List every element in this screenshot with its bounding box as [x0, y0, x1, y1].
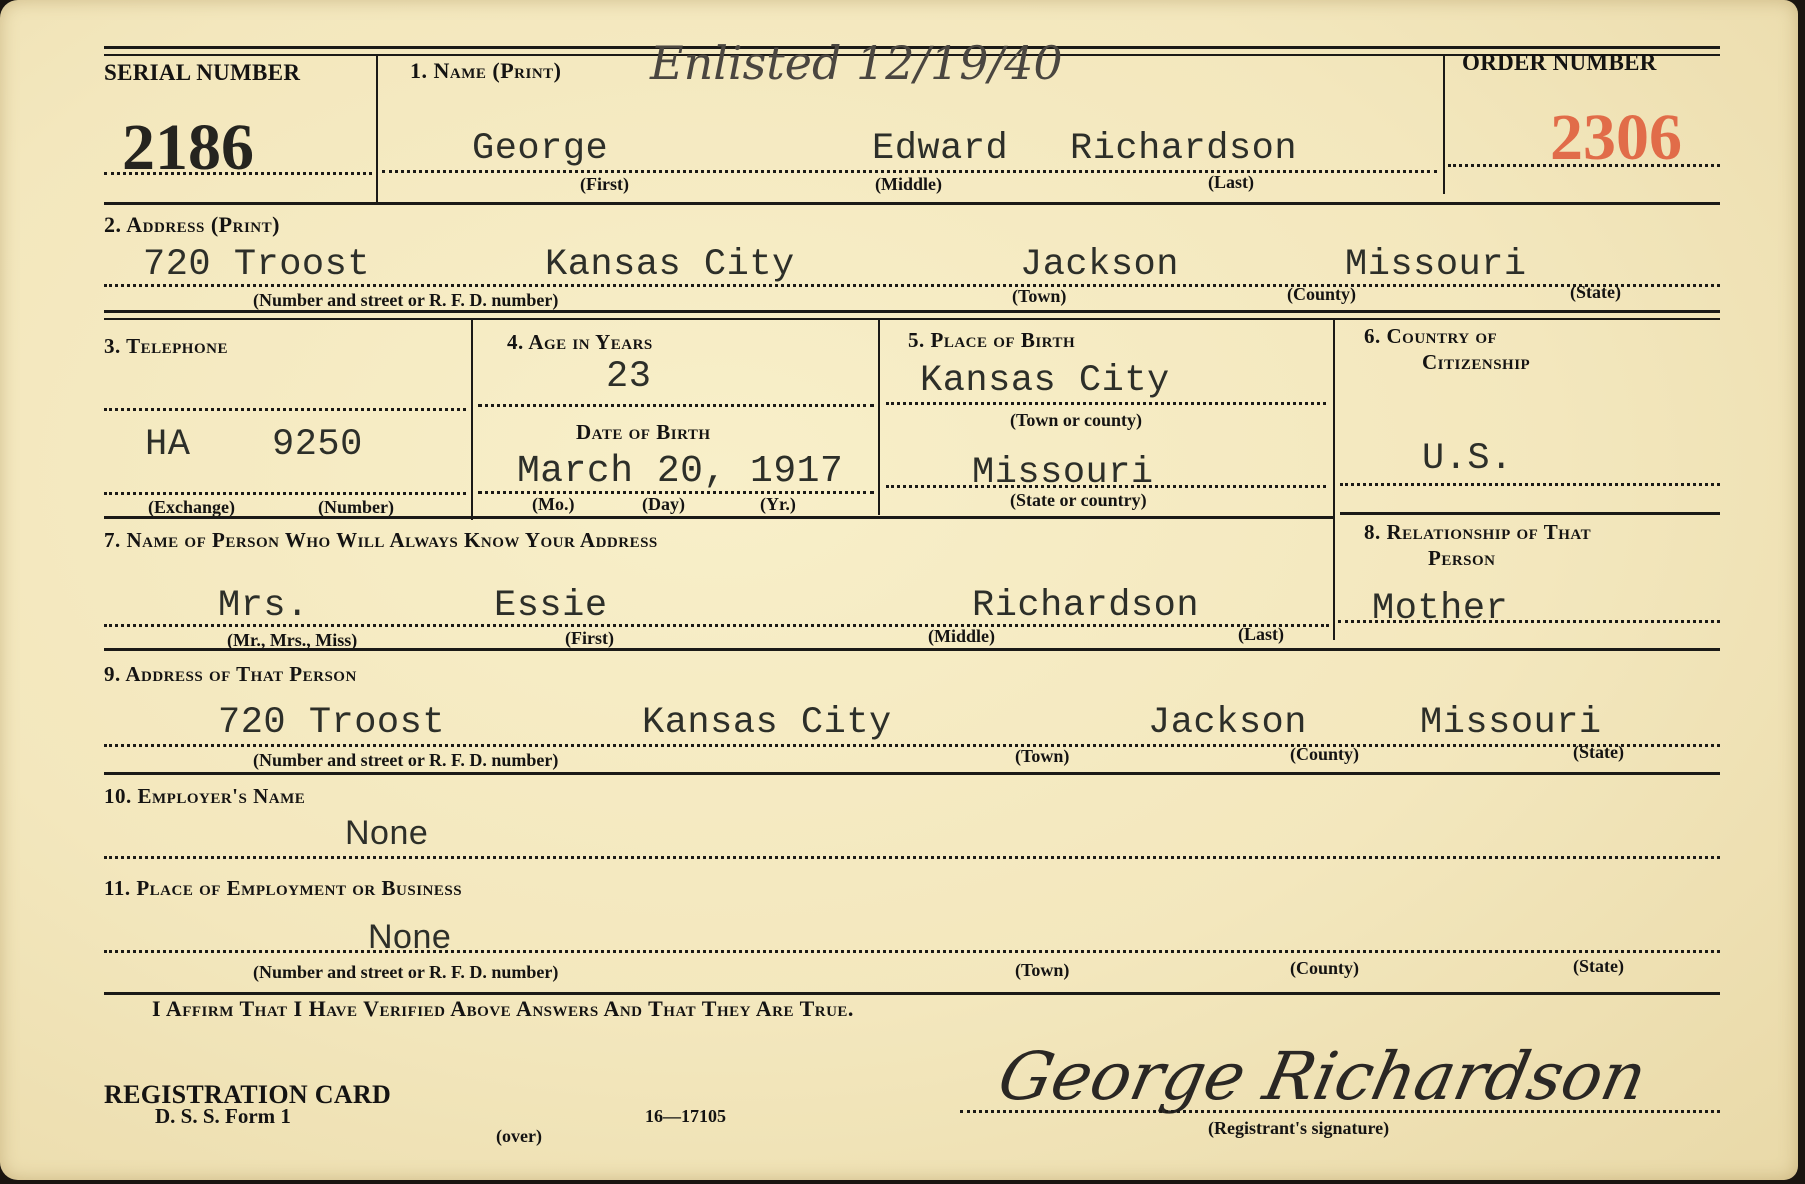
order-line [1448, 164, 1720, 167]
address-state: Missouri [1345, 244, 1527, 286]
relationship-line [1338, 620, 1720, 623]
telephone-label: 3. Telephone [104, 334, 228, 359]
relationship-label-1: 8. Relationship of That [1364, 520, 1591, 545]
caption-street: (Number and street or R. F. D. number) [253, 750, 558, 771]
dob-value: March 20, 1917 [517, 450, 843, 493]
row-rule [104, 772, 1720, 775]
telephone-number: 9250 [272, 424, 363, 466]
caption-state: (State) [1570, 282, 1621, 303]
employment-place-line [104, 950, 1720, 953]
name-middle: Edward [872, 128, 1008, 170]
signature-caption: (Registrant's signature) [1208, 1118, 1389, 1139]
name-line [382, 170, 1437, 173]
employer-line [104, 856, 1720, 859]
caption-state: (State) [1573, 742, 1624, 763]
signature-line [960, 1110, 1720, 1113]
caption-town-or-county: (Town or county) [1010, 410, 1142, 431]
citizenship-rule [1340, 512, 1720, 515]
caption-exchange: (Exchange) [148, 497, 235, 518]
caption-town: (Town) [1015, 746, 1069, 767]
row-rule [104, 992, 1720, 995]
caption-county: (County) [1287, 284, 1356, 305]
divider [1333, 320, 1335, 640]
contact-address-label: 9. Address of That Person [104, 662, 357, 687]
age-line [478, 404, 874, 407]
serial-line [104, 172, 372, 175]
caption-yr: (Yr.) [760, 494, 796, 515]
order-number-label: ORDER NUMBER [1462, 50, 1657, 76]
contact-label: 7. Name of Person Who Will Always Know Y… [104, 528, 658, 553]
age-value: 23 [606, 356, 651, 398]
caption-middle: (Middle) [875, 174, 942, 195]
contact-address-state: Missouri [1420, 702, 1602, 744]
over-note: (over) [496, 1126, 542, 1147]
employment-place-label: 11. Place of Employment or Business [104, 876, 462, 901]
name-first: George [472, 128, 608, 170]
address-town: Kansas City [545, 244, 795, 286]
caption-contact-middle: (Middle) [928, 626, 995, 647]
caption-county: (County) [1290, 744, 1359, 765]
birthplace-label: 5. Place of Birth [908, 328, 1075, 353]
divider [1443, 54, 1445, 194]
caption-town: (Town) [1015, 960, 1069, 981]
form-number: D. S. S. Form 1 [155, 1104, 291, 1129]
address-street: 720 Troost [143, 244, 370, 286]
citizenship-line [1340, 483, 1720, 486]
contact-address-line [104, 744, 1720, 747]
contact-last: Richardson [972, 585, 1199, 627]
dob-label: Date of Birth [576, 420, 711, 445]
caption-street: (Number and street or R. F. D. number) [253, 290, 558, 311]
address-county: Jackson [1020, 244, 1179, 286]
divider [878, 320, 880, 515]
telephone-exchange: HA [145, 424, 190, 466]
caption-last: (Last) [1208, 172, 1254, 193]
relationship-label-2: Person [1428, 546, 1496, 571]
contact-line [104, 624, 1329, 627]
caption-state: (State) [1573, 956, 1624, 977]
citizenship-label-1: 6. Country of [1364, 324, 1497, 349]
row-rule [104, 516, 1334, 519]
caption-contact-last: (Last) [1238, 624, 1284, 645]
caption-number: (Number) [318, 497, 394, 518]
telephone-line-2 [104, 492, 466, 495]
caption-county: (County) [1290, 958, 1359, 979]
print-code: 16—17105 [645, 1106, 726, 1127]
caption-day: (Day) [642, 494, 685, 515]
row-rule [104, 202, 1720, 205]
enlisted-annotation: Enlisted 12/19/40 [650, 36, 1063, 90]
name-label: 1. Name (Print) [410, 58, 561, 84]
divider [376, 54, 378, 204]
caption-contact-first: (First) [565, 628, 614, 649]
row-rule [104, 318, 1720, 320]
birthplace-town: Kansas City [920, 360, 1170, 402]
employer-label: 10. Employer's Name [104, 784, 305, 809]
registrant-signature: George Richardson [992, 1038, 1653, 1115]
caption-town: (Town) [1012, 286, 1066, 307]
caption-first: (First) [580, 174, 629, 195]
contact-address-town: Kansas City [642, 702, 892, 744]
contact-first: Essie [494, 585, 608, 627]
contact-address-county: Jackson [1148, 702, 1307, 744]
citizenship-value: U.S. [1422, 438, 1513, 480]
relationship-value: Mother [1372, 588, 1508, 630]
telephone-line-1 [104, 408, 466, 411]
employer-value: None [345, 814, 428, 853]
name-last: Richardson [1070, 128, 1297, 170]
age-label: 4. Age in Years [507, 330, 653, 355]
citizenship-label-2: Citizenship [1422, 350, 1530, 375]
serial-number-label: SERIAL NUMBER [104, 60, 300, 86]
address-line [104, 284, 1720, 287]
birthplace-line-2 [886, 485, 1326, 488]
caption-state-or-country: (State or country) [1010, 490, 1147, 511]
contact-title: Mrs. [218, 585, 309, 627]
caption-mo: (Mo.) [532, 494, 574, 515]
address-label: 2. Address (Print) [104, 212, 280, 238]
row-rule [104, 648, 1720, 651]
divider [471, 320, 473, 520]
registration-card: SERIAL NUMBER 2186 1. Name (Print) Enlis… [0, 0, 1798, 1180]
caption-street: (Number and street or R. F. D. number) [253, 962, 558, 983]
contact-address-street: 720 Troost [218, 702, 445, 744]
affirmation-text: I Affirm That I Have Verified Above Answ… [152, 996, 854, 1022]
row-rule [104, 310, 1720, 313]
birthplace-line-1 [886, 402, 1326, 405]
